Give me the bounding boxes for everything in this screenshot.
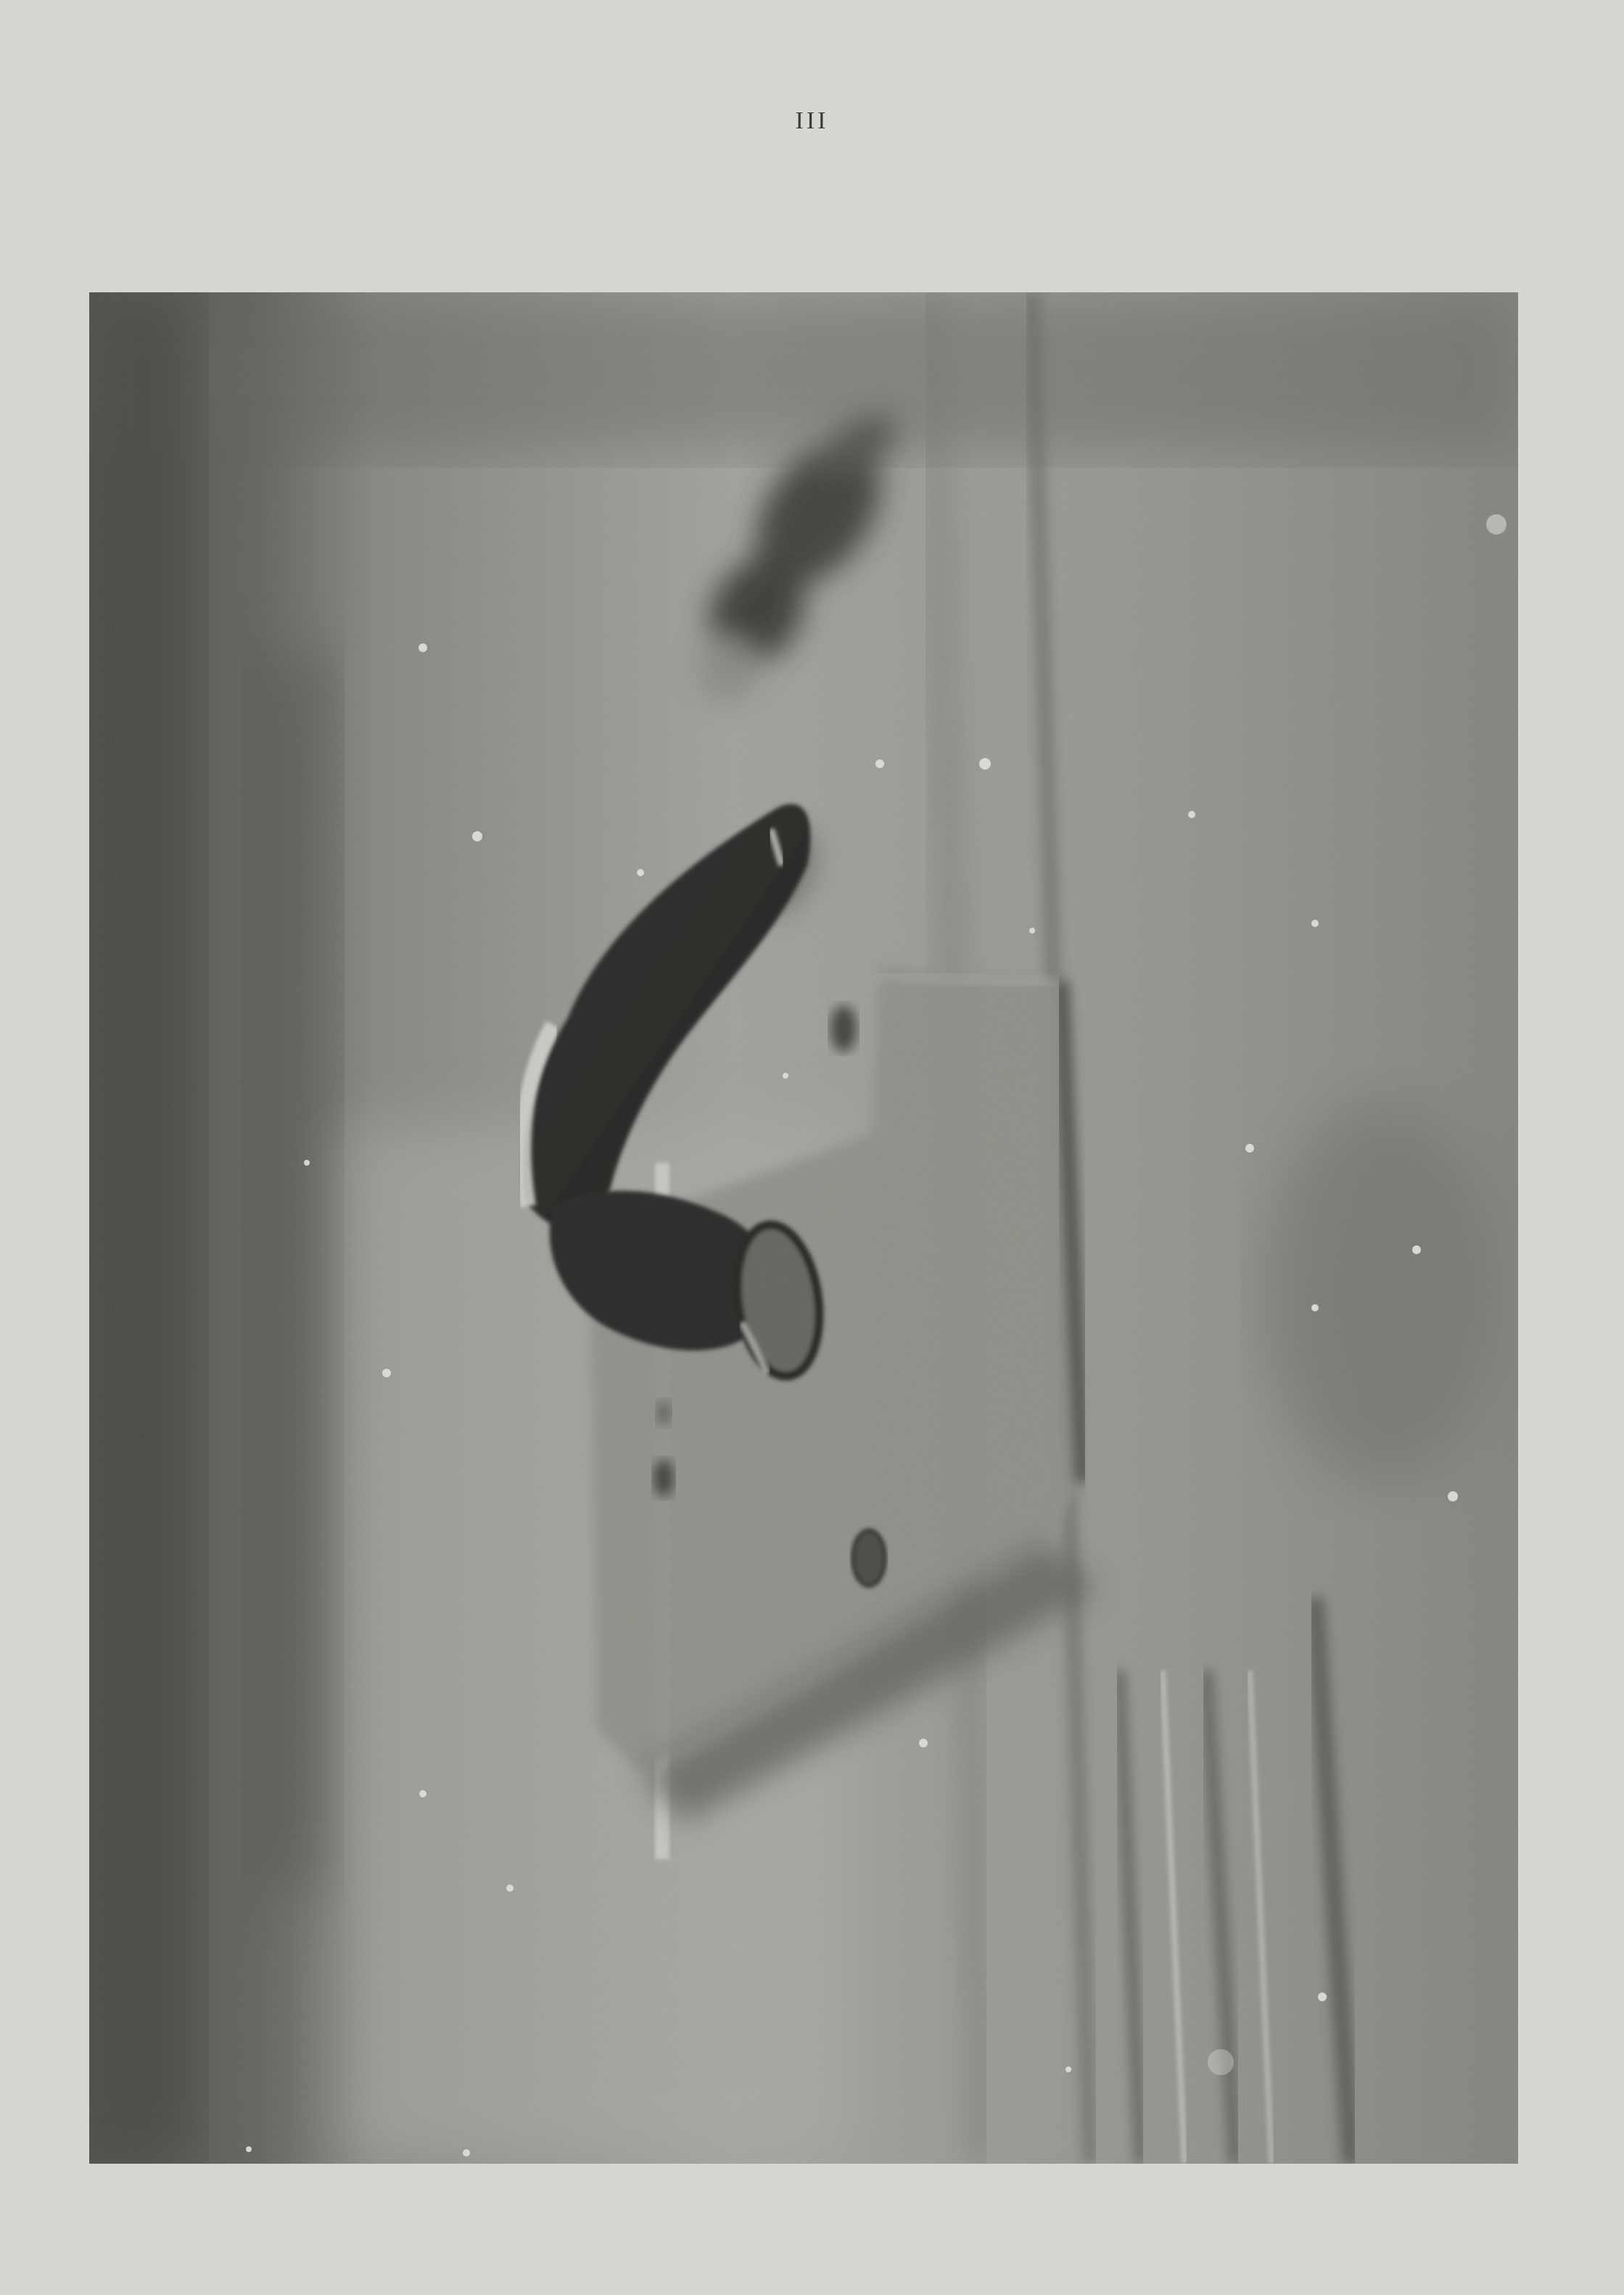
- page-number: III: [0, 107, 1624, 135]
- photo-plate: [89, 292, 1518, 2164]
- door-handle-photo: [89, 292, 1518, 2164]
